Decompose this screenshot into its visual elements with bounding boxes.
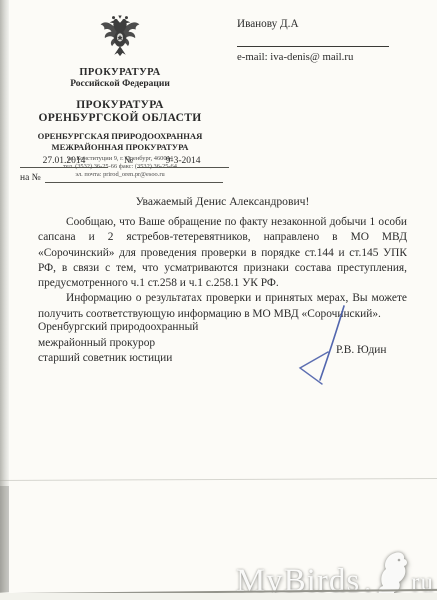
- letterhead-region-line1: ПРОКУРАТУРА: [14, 99, 226, 111]
- recipient-block: Иванову Д.А e-mail: iva-denis@ mail.ru: [237, 18, 407, 63]
- signer-position-line1: Оренбургский природоохранный: [38, 320, 198, 336]
- letter-number: 9-3-2014: [137, 156, 229, 168]
- scan-below-page: [0, 593, 437, 600]
- paper-crease: [0, 478, 437, 481]
- signer-position-line3: старший советник юстиции: [38, 351, 198, 367]
- body-paragraph-1: Сообщаю, что Ваше обращение по факту нез…: [38, 215, 407, 291]
- scan-left-edge-shadow: [0, 486, 9, 592]
- signer-name: Р.В. Юдин: [336, 344, 386, 356]
- letter-date: 27.01.2014: [20, 156, 108, 168]
- coat-of-arms-icon: [97, 13, 143, 59]
- recipient-rule-line: [237, 46, 389, 47]
- scanned-letter: ПРОКУРАТУРА Российской Федерации ПРОКУРА…: [0, 0, 437, 600]
- handwritten-signature-icon: [288, 296, 358, 388]
- reference-line: на №: [20, 172, 223, 183]
- recipient-name: Иванову Д.А: [237, 18, 407, 30]
- number-sign: №: [124, 156, 133, 166]
- date-number-line: 27.01.2014№9-3-2014: [20, 156, 245, 168]
- signer-position-line2: межрайонный прокурор: [38, 336, 198, 352]
- letterhead-federal-line2: Российской Федерации: [14, 79, 226, 89]
- letterhead: ПРОКУРАТУРА Российской Федерации ПРОКУРА…: [14, 13, 226, 180]
- watermark-suffix: ru: [411, 571, 434, 595]
- recipient-email: e-mail: iva-denis@ mail.ru: [237, 51, 407, 63]
- reference-blank-line: [45, 172, 223, 183]
- letterhead-office-line2: МЕЖРАЙОННАЯ ПРОКУРАТУРА: [14, 142, 226, 152]
- letterhead-federal-line1: ПРОКУРАТУРА: [14, 67, 226, 78]
- signer-position: Оренбургский природоохранный межрайонный…: [38, 320, 198, 367]
- letterhead-region-line2: ОРЕНБУРГСКОЙ ОБЛАСТИ: [14, 112, 226, 124]
- greeting: Уважаемый Денис Александрович!: [38, 195, 407, 208]
- reference-label: на №: [20, 173, 41, 183]
- letterhead-office-line1: ОРЕНБУРГСКАЯ ПРИРОДООХРАННАЯ: [14, 131, 226, 141]
